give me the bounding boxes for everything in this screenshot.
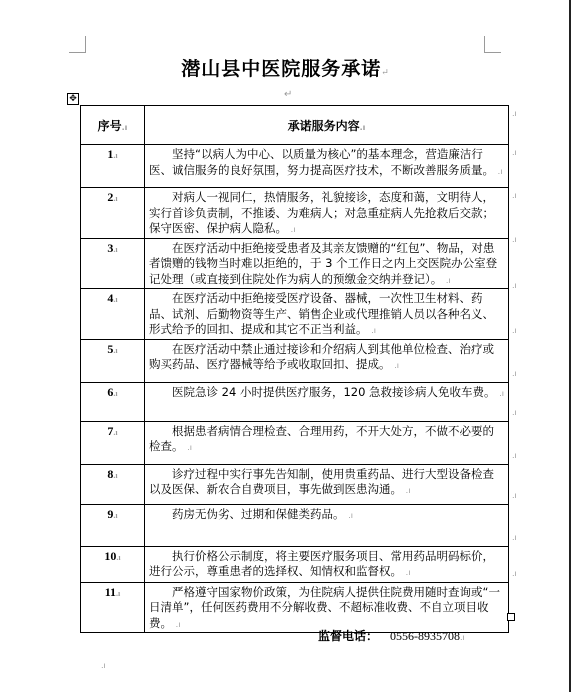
row-end-mark-icon: .ı: [512, 451, 517, 460]
paragraph-mark-icon: ↵: [381, 68, 390, 78]
row-number: 6.ı: [81, 382, 145, 421]
row-end-mark-icon: .ı: [512, 109, 517, 118]
row-end-mark-icon: .ı: [512, 569, 517, 578]
row-content: 根据患者病情合理检查、合理用药，不开大处方，不做不必要的检查。 .ı: [145, 421, 509, 464]
table-row: 11.ı严格遵守国家物价政策，为住院病人提供住院费用随时查询或“一日清单”，任何…: [81, 582, 509, 633]
table-row: 4.ı在医疗活动中拒绝接受医疗设备、器械，一次性卫生材料、药品、试剂、后勤物资等…: [81, 289, 509, 340]
row-end-mark-icon: .ı: [512, 491, 517, 500]
row-end-mark-icon: .ı: [512, 148, 517, 157]
table-row: 6.ı医院急诊 24 小时提供医疗服务，120 急救接诊病人免收车费。 .ı: [81, 382, 509, 421]
table-row: 5.ı在医疗活动中禁止通过接诊和介绍病人到其他单位检查、治疗或购买药品、医疗器械…: [81, 339, 509, 382]
row-content: 严格遵守国家物价政策，为住院病人提供住院费用随时查询或“一日清单”，任何医药费用…: [145, 582, 509, 633]
row-end-mark-icon: .ı: [512, 533, 517, 542]
header-content: 承诺服务内容.ı: [145, 106, 509, 145]
row-end-mark-icon: .ı: [512, 369, 517, 378]
row-content: 医院急诊 24 小时提供医疗服务，120 急救接诊病人免收车费。 .ı: [145, 382, 509, 421]
row-end-mark-icon: .ı: [512, 408, 517, 417]
row-content: 在医疗活动中拒绝接受患者及其亲友馈赠的“红包”、物品，对患者馈赠的钱物当时难以拒…: [145, 238, 509, 289]
row-number: 8.ı: [81, 464, 145, 504]
row-number: 5.ı: [81, 339, 145, 382]
row-number: 11.ı: [81, 582, 145, 633]
row-content: 药房无伪劣、过期和保健类药品。 .ı: [145, 504, 509, 546]
row-end-mark-icon: .ı: [512, 326, 517, 335]
table-row: 1.ı坚持“以病人为中心、以质量为核心”的基本理念，营造廉洁行医、诚信服务的良好…: [81, 145, 509, 188]
table-row: 8.ı诊疗过程中实行事先告知制，使用贵重药品、进行大型设备检查以及医保、新农合自…: [81, 464, 509, 504]
table-resize-handle[interactable]: [507, 613, 515, 621]
service-promise-table: 序号.ı 承诺服务内容.ı 1.ı坚持“以病人为中心、以质量为核心”的基本理念，…: [80, 105, 509, 633]
row-number: 7.ı: [81, 421, 145, 464]
row-end-mark-icon: .ı: [512, 191, 517, 200]
row-content: 在医疗活动中禁止通过接诊和介绍病人到其他单位检查、治疗或购买药品、医疗器械等给予…: [145, 339, 509, 382]
row-number: 2.ı: [81, 188, 145, 239]
row-content: 在医疗活动中拒绝接受医疗设备、器械，一次性卫生材料、药品、试剂、后勤物资等生产、…: [145, 289, 509, 340]
paragraph-mark-icon: .ı: [101, 661, 106, 670]
table-row: 7.ı根据患者病情合理检查、合理用药，不开大处方，不做不必要的检查。 .ı: [81, 421, 509, 464]
row-number: 3.ı: [81, 238, 145, 289]
table-row: 3.ı在医疗活动中拒绝接受患者及其亲友馈赠的“红包”、物品，对患者馈赠的钱物当时…: [81, 238, 509, 289]
row-content: 坚持“以病人为中心、以质量为核心”的基本理念，营造廉洁行医、诚信服务的良好氛围，…: [145, 145, 509, 188]
row-content: 执行价格公示制度，将主要医疗服务项目、常用药品明码标价，进行公示，尊重患者的选择…: [145, 546, 509, 582]
hotline-number: 0556-8935708: [390, 629, 460, 643]
row-number: 4.ı: [81, 289, 145, 340]
header-number: 序号.ı: [81, 106, 145, 145]
row-end-mark-icon: .ı: [512, 281, 517, 290]
table-header-row: 序号.ı 承诺服务内容.ı: [81, 106, 509, 145]
margin-corner-top-left: [69, 36, 86, 53]
title-text: 潜山县中医院服务承诺: [181, 58, 381, 80]
row-number: 9.ı: [81, 504, 145, 546]
row-content: 对病人一视同仁，热情服务，礼貌接诊，态度和蔼，文明待人，实行首诊负责制，不推诿、…: [145, 188, 509, 239]
row-number: 1.ı: [81, 145, 145, 188]
table-row: 10.ı执行价格公示制度，将主要医疗服务项目、常用药品明码标价，进行公示，尊重患…: [81, 546, 509, 582]
margin-corner-top-right: [484, 36, 501, 53]
table-row: 2.ı对病人一视同仁，热情服务，礼貌接诊，态度和蔼，文明待人，实行首诊负责制，不…: [81, 188, 509, 239]
row-content: 诊疗过程中实行事先告知制，使用贵重药品、进行大型设备检查以及医保、新农合自费项目…: [145, 464, 509, 504]
document-title: 潜山县中医院服务承诺↵: [0, 54, 571, 81]
table-row: 9.ı药房无伪劣、过期和保健类药品。 .ı: [81, 504, 509, 546]
row-end-mark-icon: .ı: [512, 235, 517, 244]
paragraph-mark-icon: ↵: [284, 89, 292, 100]
supervision-hotline: 监督电话：0556-8935708.ı: [318, 627, 465, 644]
table-move-handle-icon[interactable]: ✥: [67, 93, 79, 105]
row-number: 10.ı: [81, 546, 145, 582]
hotline-label: 监督电话：: [318, 629, 378, 643]
